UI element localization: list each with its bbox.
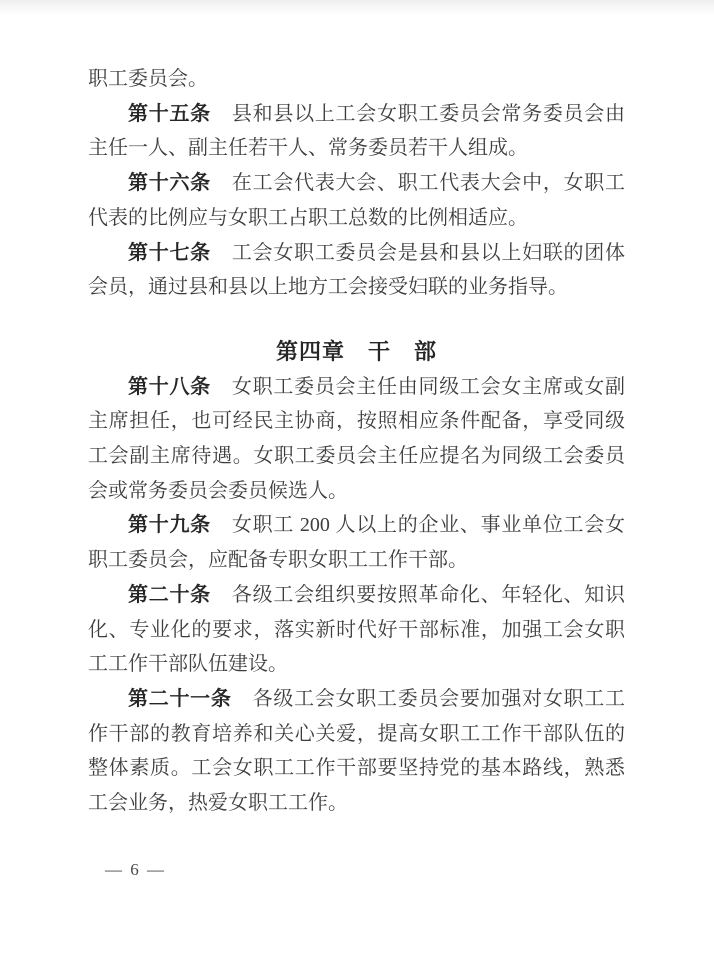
- document-body: 职工委员会。 第十五条县和县以上工会女职工委员会常务委员会由主任一人、副主任若干…: [88, 62, 625, 821]
- article-17-number: 第十七条: [128, 242, 211, 264]
- article-20-number: 第二十条: [128, 584, 211, 606]
- article-18-number: 第十八条: [128, 376, 211, 398]
- article-16: 第十六条在工会代表大会、职工代表大会中，女职工代表的比例应与女职工占职工总数的比…: [88, 166, 625, 235]
- article-18: 第十八条女职工委员会主任由同级工会女主席或女副主席担任，也可经民主协商，按照相应…: [88, 370, 625, 509]
- document-page: 职工委员会。 第十五条县和县以上工会女职工委员会常务委员会由主任一人、副主任若干…: [0, 0, 714, 960]
- article-17: 第十七条工会女职工委员会是县和县以上妇联的团体会员，通过县和县以上地方工会接受妇…: [88, 236, 625, 305]
- article-21: 第二十一条各级工会女职工委员会要加强对女职工工作干部的教育培养和关心关爱，提高女…: [88, 682, 625, 821]
- paragraph-continuation: 职工委员会。: [88, 62, 625, 97]
- scan-edge-shade: [0, 0, 714, 16]
- article-16-number: 第十六条: [128, 172, 211, 194]
- article-15-number: 第十五条: [128, 103, 211, 125]
- article-21-number: 第二十一条: [128, 688, 232, 710]
- article-20: 第二十条各级工会组织要按照革命化、年轻化、知识化、专业化的要求，落实新时代好干部…: [88, 578, 625, 682]
- article-19-number: 第十九条: [128, 514, 211, 536]
- page-number: — 6 —: [105, 860, 166, 880]
- article-19: 第十九条女职工 200 人以上的企业、事业单位工会女职工委员会，应配备专职女职工…: [88, 508, 625, 577]
- article-15: 第十五条县和县以上工会女职工委员会常务委员会由主任一人、副主任若干人、常务委员若…: [88, 97, 625, 166]
- chapter-heading: 第四章 干 部: [88, 335, 625, 370]
